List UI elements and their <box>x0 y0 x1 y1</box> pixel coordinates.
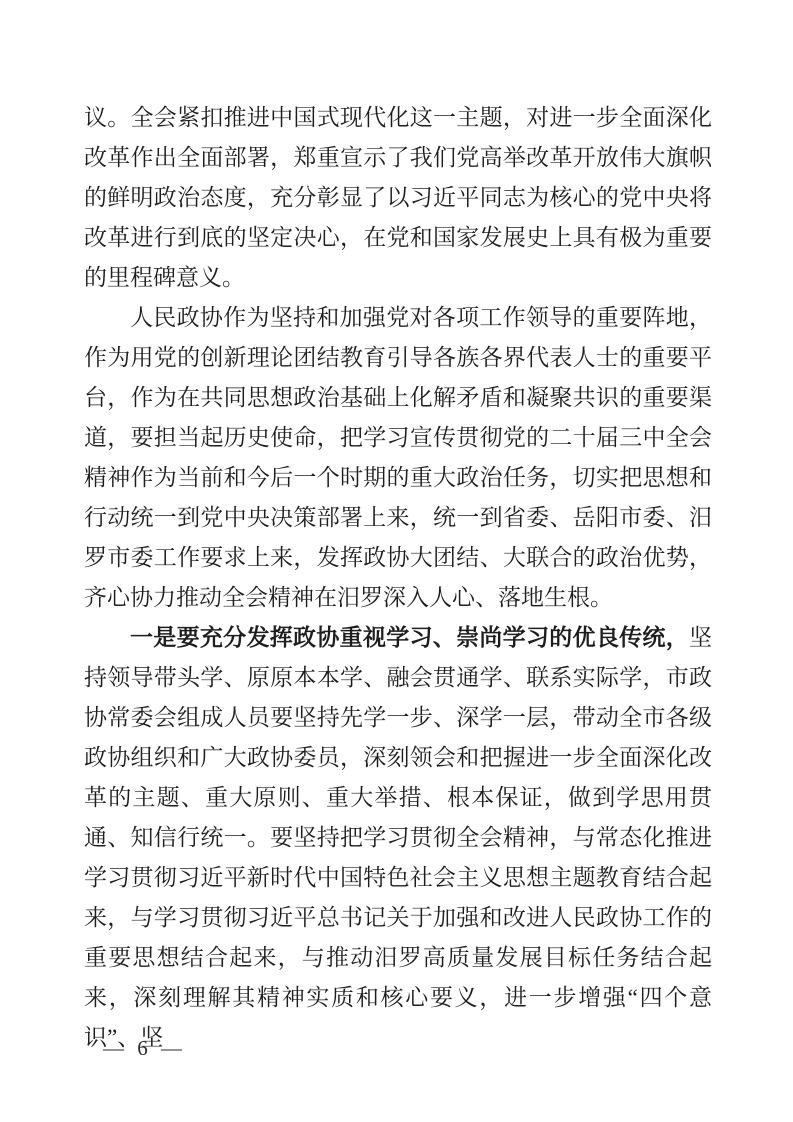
page-number: — 6 — <box>103 1034 186 1062</box>
page-content: 议。全会紧扣推进中国式现代化这一主题，对进一步全面深化改革作出全面部署，郑重宣示… <box>84 98 712 1058</box>
paragraph-people-cppcc: 人民政协作为坚持和加强党对各项工作领导的重要阵地，作为用党的创新理论团结教育引导… <box>84 298 712 618</box>
paragraph-text: 坚持领导带头学、原原本本学、融会贯通学、联系实际学，市政协常委会组成人员要坚持先… <box>84 625 712 1050</box>
paragraph-first-point: 一是要充分发挥政协重视学习、崇尚学习的优良传统，坚持领导带头学、原原本本学、融会… <box>84 618 712 1058</box>
bold-lead-in-text: 一是要充分发挥政协重视学习、崇尚学习的优良传统， <box>130 625 689 650</box>
document-page: 议。全会紧扣推进中国式现代化这一主题，对进一步全面深化改革作出全面部署，郑重宣示… <box>0 0 793 1122</box>
paragraph-continuation: 议。全会紧扣推进中国式现代化这一主题，对进一步全面深化改革作出全面部署，郑重宣示… <box>84 98 712 298</box>
paragraph-text: 人民政协作为坚持和加强党对各项工作领导的重要阵地，作为用党的创新理论团结教育引导… <box>84 305 712 610</box>
paragraph-text: 议。全会紧扣推进中国式现代化这一主题，对进一步全面深化改革作出全面部署，郑重宣示… <box>84 105 712 290</box>
